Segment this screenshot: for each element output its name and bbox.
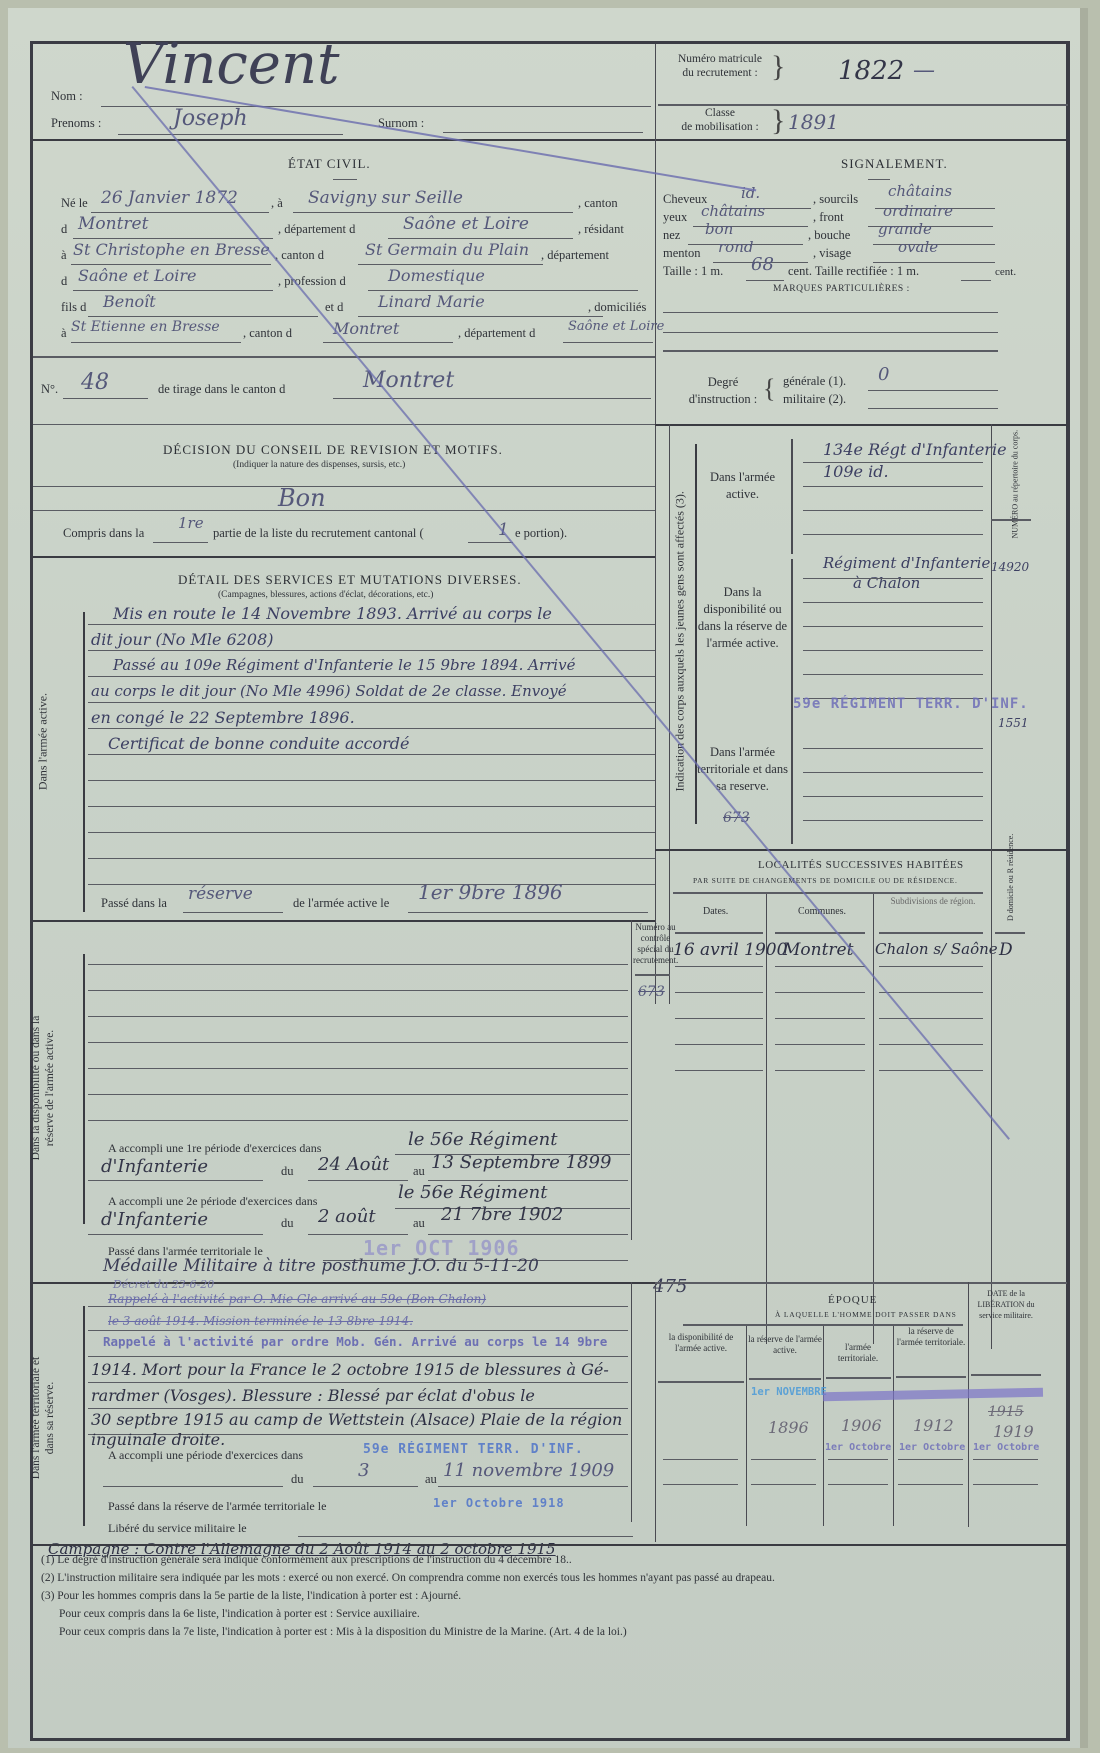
- compris-label: Compris dans la: [63, 526, 144, 541]
- menton-label: menton: [663, 246, 701, 261]
- epoque-value-reserve-active: 1896: [768, 1418, 809, 1437]
- periode2-au: 21 7bre 1902: [441, 1204, 563, 1225]
- localites-col-type: D domicile ou R résidence.: [1006, 836, 1015, 921]
- corps-dispo-value: Régiment d'Infanterie: [823, 554, 990, 572]
- birth-place: Savigny sur Seille: [308, 188, 463, 208]
- localites-title: LOCALITÉS SUCCESSIVES HABITÉES: [758, 859, 964, 871]
- corps-active-label: Dans l'armée active.: [695, 469, 790, 503]
- a2-label: à: [61, 248, 67, 263]
- periode2-label: A accompli une 2e période d'exercices da…: [108, 1194, 317, 1209]
- epoque-col-reserve-active: la réserve de l'armée active.: [748, 1334, 822, 1356]
- matricule-value: 1822: [838, 56, 904, 86]
- epoque-subtitle: À LAQUELLE L'HOMME DOIT PASSER DANS: [775, 1310, 957, 1319]
- a3-label: à: [61, 326, 67, 341]
- dispo-side-label: Dans la disponibilité ou dans la réserve…: [29, 1003, 57, 1173]
- territoriale-periode-stamp: 59e RÉGIMENT TERR. D'INF.: [363, 1442, 584, 1457]
- dispo-numero-value: 673: [638, 984, 665, 1000]
- generale-label: générale (1).: [783, 374, 846, 389]
- fils-label: fils d: [61, 300, 86, 315]
- etat-civil-title: ÉTAT CIVIL.: [288, 156, 371, 172]
- localites-subdivision: Chalon s/ Saône: [875, 940, 998, 958]
- d2-label: d: [61, 274, 67, 289]
- decision-subtitle: (Indiquer la nature des dispenses, sursi…: [233, 460, 405, 470]
- footnote: (3) Pour les hommes compris dans la 5e p…: [41, 1590, 461, 1602]
- residence: St Christophe en Bresse: [73, 240, 270, 259]
- corps-dispo-label: Dans la disponibilité ou dans la réserve…: [695, 584, 790, 652]
- bouche-label: , bouche: [808, 228, 850, 243]
- epoque-liberation-value: 1919: [993, 1422, 1034, 1441]
- corps-active-value: 134e Régt d'Infanterie: [823, 440, 1007, 459]
- signalement-title: SIGNALEMENT.: [841, 156, 948, 172]
- territoriale-periode-label: A accompli une période d'exercices dans: [108, 1448, 303, 1463]
- territoriale-passe-reserve-value: 1er Octobre 1918: [433, 1496, 565, 1510]
- epoque-col-territoriale: l'armée territoriale.: [825, 1342, 891, 1364]
- yeux-label: yeux: [663, 210, 687, 225]
- matricule-label: Numéro matriculedu recrutement :: [665, 52, 775, 80]
- epoque-title: ÉPOQUE: [828, 1294, 877, 1306]
- service-line: Mis en route le 14 Novembre 1893. Arrivé…: [113, 604, 552, 623]
- epoque-col-disponibilite: la disponibilité de l'armée active.: [658, 1332, 744, 1354]
- localites-subtitle: PAR SUITE DE CHANGEMENTS DE DOMICILE OU …: [693, 876, 958, 885]
- active-le-value: 1er 9bre 1896: [418, 880, 563, 904]
- localites-commune: Montret: [783, 940, 853, 960]
- tirage-text: de tirage dans le canton d: [158, 382, 285, 397]
- ne-le-label: Né le: [61, 196, 88, 211]
- territoriale-au-label: au: [425, 1472, 437, 1487]
- cent-label: cent.: [995, 266, 1016, 278]
- epoque-stamp-bottom: 1er Octobre: [973, 1442, 1039, 1453]
- territoriale-line: 1914. Mort pour la France le 2 octobre 1…: [91, 1360, 609, 1379]
- side-label-active: Dans l'armée active.: [36, 662, 51, 822]
- periode2-au-label: au: [413, 1216, 425, 1231]
- decret-line: Décret du 23-6-20: [113, 1278, 214, 1291]
- parents-residence: St Etienne en Bresse: [71, 319, 220, 335]
- footnote: (1) Le degré d'instruction générale sera…: [41, 1554, 572, 1566]
- stamp-smear: [823, 1388, 1043, 1402]
- front: ordinaire: [883, 202, 953, 220]
- epoque-col-reserve-territoriale: la réserve de l'armée territoriale.: [895, 1326, 967, 1348]
- service-line: Passé au 109e Régiment d'Infanterie le 1…: [113, 656, 575, 674]
- territoriale-au: 11 novembre 1909: [443, 1460, 614, 1481]
- d-label: d: [61, 222, 67, 237]
- epoque-stamp-top: 1er NOVEMBRE: [751, 1386, 827, 1398]
- periode2-du-label: du: [281, 1216, 294, 1231]
- birth-departement: Saône et Loire: [403, 214, 529, 234]
- territoriale-line: inguinale droite.: [91, 1430, 225, 1449]
- epoque-liberation-struck: 1915: [988, 1404, 1024, 1420]
- territoriale-passe-reserve-label: Passé dans la réserve de l'armée territo…: [108, 1499, 326, 1514]
- register-page: Nom : Vincent Prenoms : Joseph Surnom : …: [8, 8, 1088, 1748]
- footnote: (2) L'instruction militaire sera indiqué…: [41, 1572, 775, 1584]
- periode2-corps: le 56e Régiment: [398, 1182, 547, 1203]
- militaire-label: militaire (2).: [783, 392, 846, 407]
- epoque-stamp-bottom: 1er Octobre: [825, 1442, 891, 1453]
- footnote: Pour ceux compris dans la 6e liste, l'in…: [59, 1608, 420, 1620]
- a-label: , à: [271, 196, 283, 211]
- periode1-du-label: du: [281, 1164, 294, 1179]
- epoque-stamp-bottom: 1er Octobre: [899, 1442, 965, 1453]
- nez: bon: [705, 220, 733, 238]
- service-line: en congé le 22 Septembre 1896.: [91, 708, 355, 727]
- departement3-label: , département d: [458, 326, 535, 341]
- departement-label: , département d: [278, 222, 355, 237]
- localites-col-subdivision: Subdivisions de région.: [888, 896, 978, 907]
- marques-label: MARQUES PARTICULIÈRES :: [773, 284, 910, 294]
- territoriale-line: 30 septbre 1915 au camp de Wettstein (Al…: [91, 1410, 622, 1429]
- territoriale-du-label: du: [291, 1472, 304, 1487]
- corps-territoriale-numero: 1551: [998, 716, 1029, 730]
- periode1-corps: le 56e Régiment: [408, 1129, 557, 1150]
- bouche: grande: [878, 220, 932, 238]
- profession: Domestique: [388, 266, 485, 285]
- military-record-form: Nom : Vincent Prenoms : Joseph Surnom : …: [30, 41, 1070, 1741]
- portion-text: e portion).: [515, 526, 567, 541]
- localites-type: D: [999, 940, 1013, 960]
- epoque-col-liberation: DATE de la LIBÉRATION du service militai…: [970, 1288, 1042, 1321]
- corps-territoriale-stamp: 59e RÉGIMENT TERR. D'INF.: [793, 696, 1029, 712]
- passe-reserve-label: Passé dans la: [101, 896, 167, 911]
- date-line: le 3 août 1914. Mission terminée le 13 8…: [108, 1314, 413, 1328]
- partie-text: partie de la liste du recrutement canton…: [213, 526, 424, 541]
- corps-active-value: 109e id.: [823, 462, 889, 481]
- territoriale-side-label: Dans l'armée territoriale et dans sa rés…: [29, 1353, 57, 1483]
- residence-canton: St Germain du Plain: [365, 240, 529, 259]
- periode2-du: 2 août: [318, 1206, 376, 1227]
- periode1-corps2: d'Infanterie: [101, 1156, 208, 1177]
- territoriale-margin-number: 475: [653, 1276, 687, 1297]
- classe-label: Classede mobilisation :: [665, 106, 775, 134]
- front-label: , front: [813, 210, 844, 225]
- tirage-no-label: N°.: [41, 382, 58, 397]
- services-title: DÉTAIL DES SERVICES ET MUTATIONS DIVERSE…: [178, 572, 522, 588]
- corps-numero-label: NUMÉRO au répertoire du corps.: [1011, 439, 1020, 539]
- active-le-label: de l'armée active le: [293, 896, 389, 911]
- periode1-au: 13 Septembre 1899: [431, 1152, 611, 1173]
- mother: Linard Marie: [378, 292, 485, 311]
- localites-date: 16 avril 1900: [673, 940, 787, 960]
- libere-label: Libéré du service militaire le: [108, 1521, 247, 1536]
- tirage-number: 48: [81, 370, 109, 395]
- canton-label: , canton: [578, 196, 618, 211]
- visage: ovale: [898, 238, 938, 256]
- canton3-label: , canton d: [243, 326, 292, 341]
- footnote: Pour ceux compris dans la 7e liste, l'in…: [59, 1626, 627, 1638]
- taille-label: Taille : 1 m.: [663, 264, 723, 279]
- corps-dispo-value: à Chalon: [853, 574, 920, 592]
- taille-rect-label: cent. Taille rectifiée : 1 m.: [788, 264, 919, 279]
- taille-cm: 68: [751, 254, 774, 275]
- decision-title: DÉCISION DU CONSEIL DE REVISION ET MOTIF…: [163, 442, 503, 458]
- parents-departement: Saône et Loire: [568, 319, 664, 334]
- residence-departement: Saône et Loire: [78, 266, 196, 285]
- services-subtitle: (Campagnes, blessures, actions d'éclat, …: [218, 590, 433, 600]
- service-line: dit jour (No Mle 6208): [91, 630, 273, 649]
- periode1-au-label: au: [413, 1164, 425, 1179]
- prenoms-value: Joseph: [173, 106, 248, 131]
- epoque-value-territoriale: 1906: [841, 1416, 882, 1435]
- visage-label: , visage: [813, 246, 851, 261]
- corps-dispo-numero: 14920: [991, 560, 1029, 574]
- residant-label: , résidant: [578, 222, 624, 237]
- nom-label: Nom :: [51, 89, 83, 104]
- et-de-label: et d: [325, 300, 343, 315]
- dispo-numero-label: Numéro au contrôle spécial du recrutemen…: [633, 922, 678, 966]
- birth-canton: Montret: [78, 214, 148, 234]
- degre-label: Degréd'instruction :: [673, 374, 773, 408]
- decision-value: Bon: [278, 484, 326, 512]
- sourcils-label: , sourcils: [813, 192, 858, 207]
- localites-col-dates: Dates.: [703, 906, 728, 917]
- rappele-line: Rappelé à l'activité par O. Mie Gle arri…: [108, 1292, 486, 1306]
- nez-label: nez: [663, 228, 680, 243]
- periode1-label: A accompli une 1re période d'exercices d…: [108, 1141, 321, 1156]
- father: Benoît: [103, 292, 156, 311]
- canton2-label: , canton d: [275, 248, 324, 263]
- partie-value: 1re: [178, 514, 204, 532]
- generale-value: 0: [878, 364, 889, 385]
- passe-reserve-value: réserve: [188, 884, 253, 904]
- periode2-corps2: d'Infanterie: [101, 1209, 208, 1230]
- departement2-label: , département: [541, 248, 609, 263]
- medaille-line: Médaille Militaire à titre posthume J.O.…: [103, 1256, 539, 1276]
- menton: rond: [718, 238, 753, 256]
- service-line: Certificat de bonne conduite accordé: [108, 734, 409, 753]
- domicilies-label: , domiciliés: [588, 300, 646, 315]
- service-line: au corps le dit jour (No Mle 4996) Solda…: [91, 682, 567, 700]
- periode1-du: 24 Août: [318, 1154, 389, 1175]
- page-edge: [1080, 8, 1088, 1748]
- prenoms-label: Prenoms :: [51, 116, 101, 131]
- classe-value: 1891: [788, 110, 839, 134]
- territoriale-du: 3: [358, 1460, 369, 1481]
- epoque-value-reserve-territoriale: 1912: [913, 1416, 954, 1435]
- yeux: châtains: [701, 202, 765, 220]
- stamp-line: Rappelé à l'activité par ordre Mob. Gén.…: [103, 1334, 607, 1349]
- sourcils: châtains: [888, 182, 952, 200]
- parents-canton: Montret: [333, 319, 399, 338]
- corps-territoriale-label: Dans l'armée territoriale et dans sa res…: [695, 744, 790, 795]
- territoriale-line: rardmer (Vosges). Blessure : Blessé par …: [91, 1386, 535, 1405]
